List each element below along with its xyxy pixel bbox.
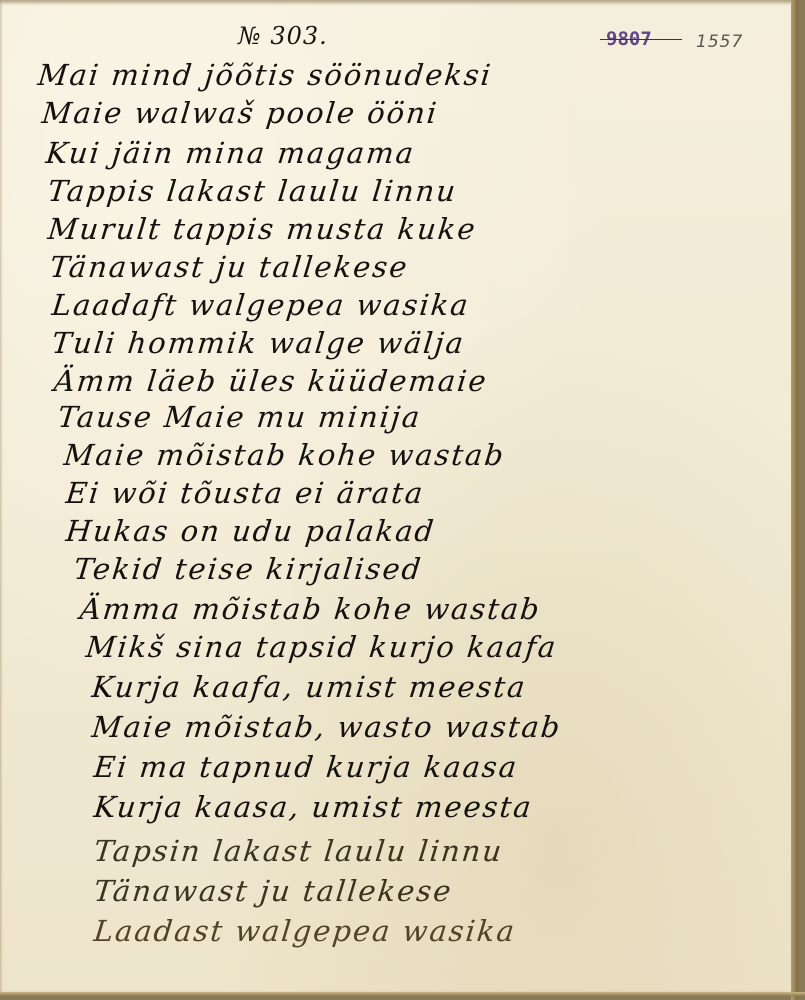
page-edge-right — [791, 0, 798, 1000]
verse-line: Tapsin lakast laulu linnu — [92, 834, 505, 868]
verse-line: Tuli hommik walge wälja — [50, 326, 467, 360]
verse-line: Tekid teise kirjalised — [72, 552, 424, 586]
manuscript-page: № 303. 9807 1557 Mai mind jõõtis söönude… — [0, 0, 798, 996]
manuscript-number: № 303. — [238, 22, 328, 50]
verse-line: Ei wõi tõusta ei ärata — [64, 476, 426, 510]
verse-line: Tänawast ju tallekese — [48, 250, 410, 284]
verse-line: Mai mind jõõtis söönudeksi — [36, 58, 494, 92]
verse-line: Laadaft walgepea wasika — [50, 288, 471, 322]
verse-line: Tänawast ju tallekese — [92, 874, 454, 908]
verse-line: Maie walwaš poole ööni — [40, 96, 440, 130]
verse-line: Kurja kaafa, umist meesta — [90, 670, 528, 704]
verse-line: Laadast walgepea wasika — [92, 914, 518, 948]
verse-line: Hukas on udu palakad — [64, 514, 437, 548]
verse-line: Ei ma tapnud kurja kaasa — [92, 750, 520, 784]
verse-line: Mikš sina tapsid kurjo kaafa — [84, 630, 559, 664]
verse-line: Ämm läeb üles küüdemaie — [52, 364, 489, 398]
verse-line: Tause Maie mu minija — [56, 400, 423, 434]
verse-line: Kui jäin mina magama — [44, 136, 417, 170]
pencil-archive-number: 1557 — [696, 32, 743, 52]
verse-line: Maie mõistab, wasto wastab — [90, 710, 563, 744]
verse-line: Maie mõistab kohe wastab — [62, 438, 507, 472]
stamp-strikethrough-line — [600, 39, 682, 40]
verse-line: Kurja kaasa, umist meesta — [92, 790, 534, 824]
verse-line: Ämma mõistab kohe wastab — [78, 592, 542, 626]
page-edge-bottom — [0, 992, 805, 996]
verse-line: Murult tappis musta kuke — [46, 212, 478, 246]
verse-line: Tappis lakast laulu linnu — [46, 174, 459, 208]
